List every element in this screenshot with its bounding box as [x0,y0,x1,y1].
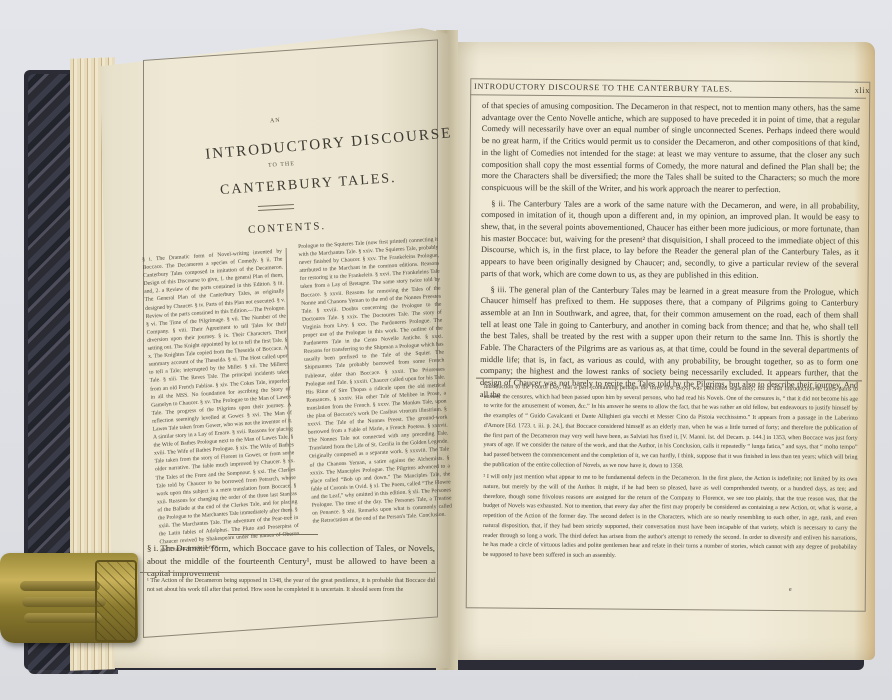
paragraph: § ii. The Canterbury Tales are a work of… [481,198,860,283]
footnote: ² I will only just mention what appear t… [483,473,858,563]
finger [20,581,100,591]
finger [22,597,106,607]
contents-column-2: Prologue to the Squieres Tale (now first… [298,236,453,526]
right-page-body: of that species of amusing composition. … [480,100,860,407]
left-page-footnote: ¹ The Action of the Decameron being supp… [147,577,435,595]
left-page-body: § i. The Dramatic form, which Boccace ga… [147,542,435,580]
finger [24,613,102,623]
paragraph: of that species of amusing composition. … [481,100,860,196]
contents-column-1: § i. The Dramatic form of Novel-writing … [142,247,300,554]
right-page-footnotes: introduction to the Fourth Day, that a p… [483,383,858,566]
signature-mark: e [789,587,792,593]
hand-cuff [95,560,137,642]
contents-end-rule [228,534,318,535]
title-an: AN [270,118,281,125]
page-number: xlix [855,86,870,95]
footnote-rule [140,572,436,573]
footnote: introduction to the Fourth Day, that a p… [483,383,858,473]
